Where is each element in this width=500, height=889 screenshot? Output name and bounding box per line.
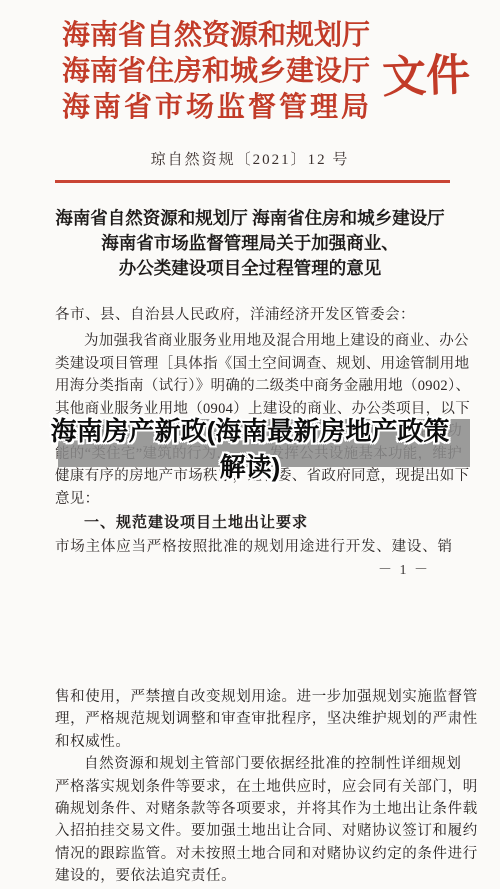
body-line: 自然资源和规划主管部门要依据经批准的控制性详细规划 <box>55 753 464 775</box>
salutation: 各市、县、自治县人民政府，洋浦经济开发区管委会： <box>55 303 462 324</box>
body-line: 建设的，要依法追究责任。 <box>55 865 464 887</box>
body-line: 严格落实规划条件等要求，在土地供应时，应会同有关部门，明 <box>55 776 464 798</box>
section-heading: 一、规范建设项目土地出让要求 <box>84 511 308 532</box>
red-divider-rule <box>55 180 450 183</box>
document-title-line2: 海南省市场监督管理局关于加强商业、 <box>20 231 480 256</box>
body-line: 售和使用，严禁擅自改变规划用途。进一步加强规划实施监督管 <box>55 686 464 708</box>
document-title-line3: 办公类建设项目全过程管理的意见 <box>20 256 480 281</box>
section-first-line: 市场主体应当严格按照批准的规划用途进行开发、建设、销 <box>55 535 462 556</box>
document-photo: 海南省自然资源和规划厅 海南省住房和城乡建设厅 海南省市场监督管理局 文件 琼自… <box>0 0 500 889</box>
body-line: 为加强我省商业服务业用地及混合用地上建设的商业、办公 <box>55 330 462 353</box>
document-title-line1: 海南省自然资源和规划厅 海南省住房和城乡建设厅 <box>20 206 480 231</box>
file-label: 文件 <box>381 38 471 105</box>
body-line: 理，严格规范规划调整和审查审批程序，坚决维护规划的严肃性 <box>55 708 464 730</box>
letterhead: 海南省自然资源和规划厅 海南省住房和城乡建设厅 海南省市场监督管理局 文件 <box>62 18 460 126</box>
body-line: 意见： <box>55 488 462 511</box>
body-line: 情况的跟踪监管。对未按照土地合同和对赌协议约定的条件进行 <box>55 843 464 865</box>
caption-title-line1: 海南房产新政(海南最新房地产政策 <box>0 413 500 449</box>
org-line-market-regulation: 海南省市场监督管理局 <box>62 90 372 126</box>
body-line: 入招拍挂交易文件。要加强土地出让合同、对赌协议签订和履约 <box>55 820 464 842</box>
caption-title: 海南房产新政(海南最新房地产政策 解读) <box>0 413 500 485</box>
page2-paragraph: 售和使用，严禁擅自改变规划用途。进一步加强规划实施监督管 理，严格规范规划调整和… <box>55 686 464 888</box>
body-line: 和权威性。 <box>55 731 464 753</box>
body-line: 用海分类指南（试行）》明确的二级类中商务金融用地（0902）、 <box>55 375 462 398</box>
document-title: 海南省自然资源和规划厅 海南省住房和城乡建设厅 海南省市场监督管理局关于加强商业… <box>20 206 480 281</box>
page-number: － 1 － <box>378 559 430 579</box>
caption-title-line2: 解读) <box>0 449 500 485</box>
letterhead-org-names: 海南省自然资源和规划厅 海南省住房和城乡建设厅 海南省市场监督管理局 <box>62 18 372 126</box>
body-line: 类建设项目管理［具体指《国土空间调查、规划、用途管制用地 <box>55 353 462 376</box>
org-line-natural-resources: 海南省自然资源和规划厅 <box>62 18 372 54</box>
doc-number: 琼自然资规〔2021〕12 号 <box>0 148 500 169</box>
body-line: 确规划条件、对赌条款等各项要求，并将其作为土地出让条件载 <box>55 798 464 820</box>
org-line-housing: 海南省住房和城乡建设厅 <box>62 54 372 90</box>
